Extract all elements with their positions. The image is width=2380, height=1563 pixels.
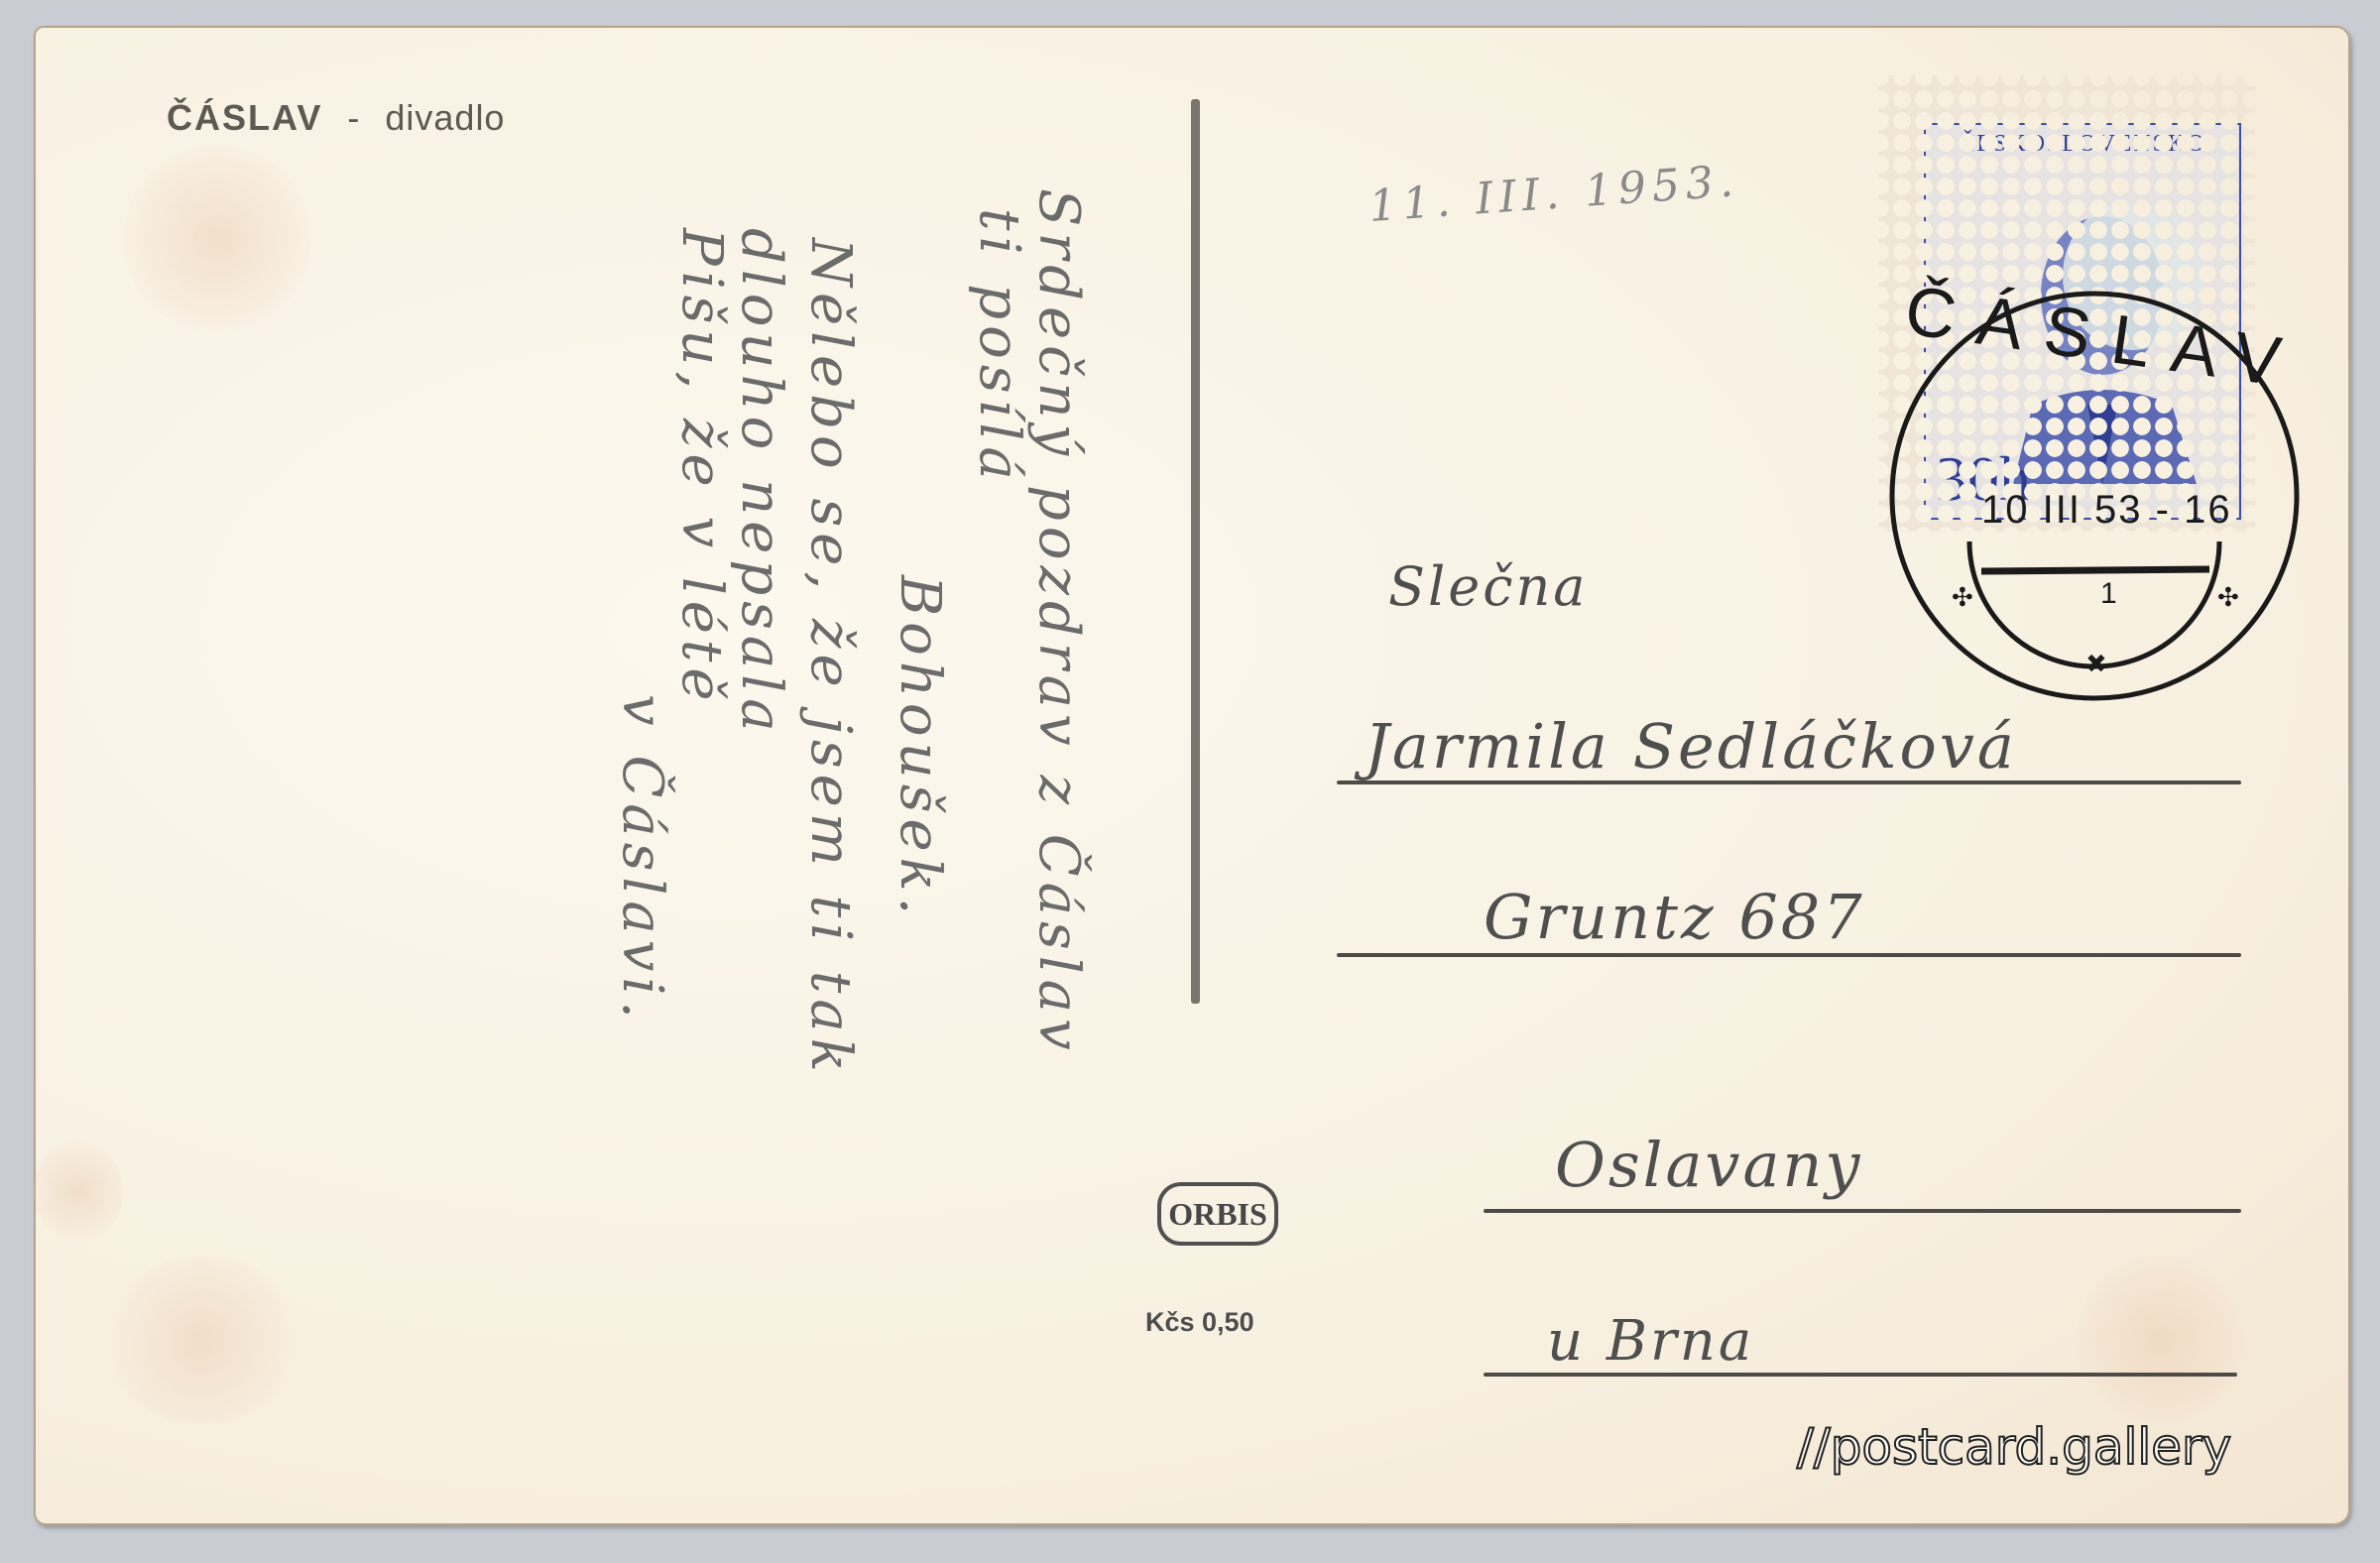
svg-text:✣: ✣ bbox=[2217, 582, 2239, 612]
title-subject: divadlo bbox=[385, 97, 505, 138]
address-line-2 bbox=[1337, 953, 2241, 957]
svg-text:✣: ✣ bbox=[1952, 582, 1973, 612]
postmark-office-number: 1 bbox=[2100, 577, 2117, 611]
center-divider-line bbox=[1191, 99, 1200, 1004]
publisher-name: ORBIS bbox=[1168, 1196, 1267, 1233]
address-salutation: Slečna bbox=[1388, 555, 1588, 618]
foxing-stain bbox=[2077, 1256, 2245, 1424]
address-line-1 bbox=[1337, 781, 2241, 784]
stamp-country: ČESKOSLOVENSKO bbox=[1926, 131, 2239, 158]
message-line: Nělebo se, že jsem ti tak bbox=[798, 238, 863, 1078]
message-line: v Čáslavi. bbox=[610, 694, 674, 1024]
watermark: //postcard.gallery bbox=[1797, 1418, 2231, 1476]
foxing-stain bbox=[123, 145, 311, 333]
handwritten-message: Srdečný pozdrav z Čáslav ti posílá Bohou… bbox=[337, 169, 1121, 1339]
message-line: Pišu, že v létě bbox=[669, 228, 734, 707]
title-city: ČÁSLAV bbox=[167, 97, 322, 138]
message-line: dlouho nepsala bbox=[729, 228, 793, 738]
message-line: ti posílá bbox=[967, 208, 1031, 486]
price-label: Kčs 0,50 bbox=[1145, 1307, 1254, 1338]
address-town: Oslavany bbox=[1555, 1129, 1862, 1201]
address-street: Gruntz 687 bbox=[1484, 881, 1865, 953]
svg-text:✖: ✖ bbox=[2085, 649, 2107, 678]
address-line-4 bbox=[1484, 1373, 2237, 1377]
publisher-logo: ORBIS bbox=[1157, 1182, 1278, 1246]
printed-title: ČÁSLAV - divadlo bbox=[167, 97, 505, 139]
message-line: Bohoušek. bbox=[888, 575, 952, 920]
address-line-3 bbox=[1484, 1209, 2241, 1213]
postmark-date: 10 III 53 - 16 bbox=[1981, 488, 2232, 533]
address-region: u Brna bbox=[1547, 1309, 1754, 1374]
foxing-stain bbox=[34, 1137, 123, 1246]
address-name: Jarmila Sedláčková bbox=[1365, 710, 2017, 782]
title-separator: - bbox=[347, 97, 360, 138]
message-line: Srdečný pozdrav z Čáslav bbox=[1026, 188, 1091, 1056]
foxing-stain bbox=[103, 1256, 301, 1424]
